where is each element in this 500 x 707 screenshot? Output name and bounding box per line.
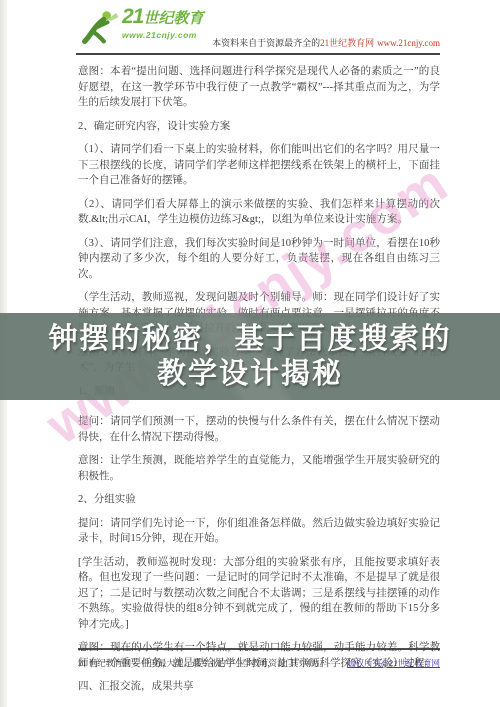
page-header: 21世纪教育 www.21cnjy.com 本资料来自于资源最齐全的21世纪教育… [78,5,440,52]
doc-paragraph: [学生活动，教师巡视时发现：大部分组的实验紧张有序，且能按要求填好表格。但也发现… [78,555,440,633]
doc-section-heading: 四、汇报交流，成果共享 [78,679,440,695]
brand-number: 21 [122,5,143,28]
doc-paragraph: （1）、请同学们看一下桌上的实验材料，你们能叫出它们的名字吗？用尺量一下三根摆线… [78,142,440,189]
doc-section-heading: 2、确定研究内容，设计实验方案 [78,119,440,135]
doc-paragraph: 意图：本着“提出问题、选择问题进行科学探究是现代人必备的素质之一”的良好愿望，在… [78,64,440,111]
document-page: 21世纪教育 www.21cnjy.com 本资料来自于资源最齐全的21世纪教育… [0,0,500,707]
header-tagline: 本资料来自于资源最齐全的21世纪教育网www.21cnjy.com [212,36,440,49]
brand-name: 21世纪教育 [122,7,203,29]
brand-url: www.21cnjy.com [122,30,203,40]
doc-section-heading: 2、分组实验 [78,492,440,508]
overlay-title-line1: 钟摆的秘密，基于百度搜索的 [48,322,451,357]
tagline-prefix: 本资料来自于资源最齐全的 [212,38,320,48]
doc-paragraph: 意图：让学生预测，既能培养学生的直觉能力，又能增强学生开展实验研究的积极性。 [78,453,440,484]
doc-paragraph: （2）、请同学们看大屏幕上的演示来做摆的实验、我们怎样来计算摆动的次数.&lt;… [78,197,440,228]
running-figure-mascot-icon [78,7,120,49]
title-overlay-band: 钟摆的秘密，基于百度搜索的 教学设计揭秘 [0,313,500,400]
header-divider [76,53,440,55]
tagline-url: www.21cnjy.com [377,38,440,48]
site-logo: 21世纪教育 www.21cnjy.com [78,7,203,49]
doc-paragraph: 提问：请同学们预测一下，摆动的快慢与什么条件有关，摆在什么情况下摆动得快，在什么… [78,414,440,445]
doc-paragraph: 提问：请同学们先讨论一下，你们组准备怎样做。然后边做实验边填好实验记录卡，时间1… [78,516,440,547]
overlay-title-line2: 教学设计揭秘 [157,357,343,392]
tagline-site-name: 21世纪教育网 [320,38,374,48]
doc-paragraph: 意图：现在的小学生有一个特点，就是动口能力较强，动手能力较差。科学教师有一个重要… [78,640,440,671]
doc-paragraph: （3）、请同学们注意，我们每次实验时间是10秒钟为一时间单位，看摆在10秒钟内摆… [78,236,440,283]
brand-cn: 世纪教育 [143,10,203,27]
logo-text: 21世纪教育 www.21cnjy.com [122,7,203,40]
